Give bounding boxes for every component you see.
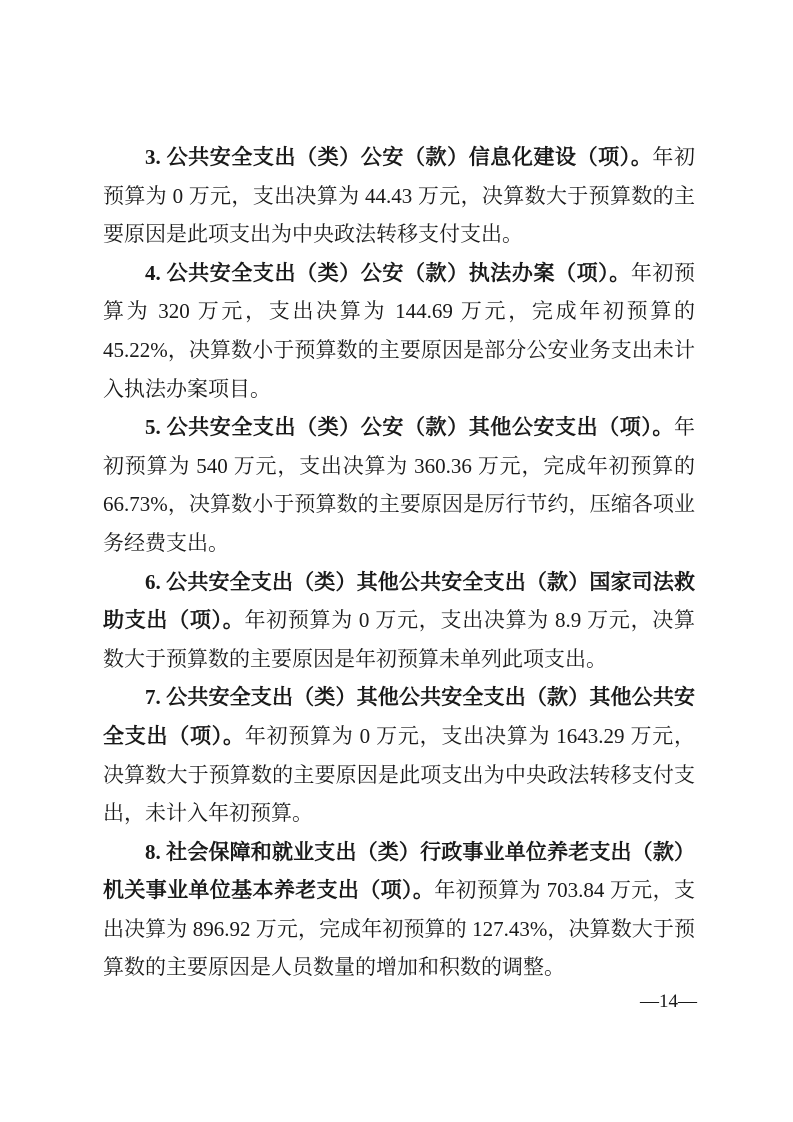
paragraph-item-7: 7. 公共安全支出（类）其他公共安全支出（款）其他公共安全支出（项）。年初预算为… bbox=[103, 678, 695, 832]
paragraph-heading: 5. 公共安全支出（类）公安（款）其他公安支出（项）。 bbox=[145, 415, 674, 439]
paragraph-item-3: 3. 公共安全支出（类）公安（款）信息化建设（项）。年初预算为 0 万元，支出决… bbox=[103, 138, 695, 254]
paragraph-heading: 3. 公共安全支出（类）公安（款）信息化建设（项）。 bbox=[145, 145, 652, 169]
paragraph-item-5: 5. 公共安全支出（类）公安（款）其他公安支出（项）。年初预算为 540 万元，… bbox=[103, 408, 695, 562]
paragraph-item-8: 8. 社会保障和就业支出（类）行政事业单位养老支出（款）机关事业单位基本养老支出… bbox=[103, 833, 695, 987]
document-body: 3. 公共安全支出（类）公安（款）信息化建设（项）。年初预算为 0 万元，支出决… bbox=[103, 138, 695, 987]
page-number: —14— bbox=[640, 991, 697, 1013]
paragraph-heading: 4. 公共安全支出（类）公安（款）执法办案（项）。 bbox=[145, 261, 631, 285]
paragraph-item-4: 4. 公共安全支出（类）公安（款）执法办案（项）。年初预算为 320 万元，支出… bbox=[103, 254, 695, 408]
paragraph-item-6: 6. 公共安全支出（类）其他公共安全支出（款）国家司法救助支出（项）。年初预算为… bbox=[103, 563, 695, 679]
document-page: 3. 公共安全支出（类）公安（款）信息化建设（项）。年初预算为 0 万元，支出决… bbox=[0, 0, 793, 1122]
